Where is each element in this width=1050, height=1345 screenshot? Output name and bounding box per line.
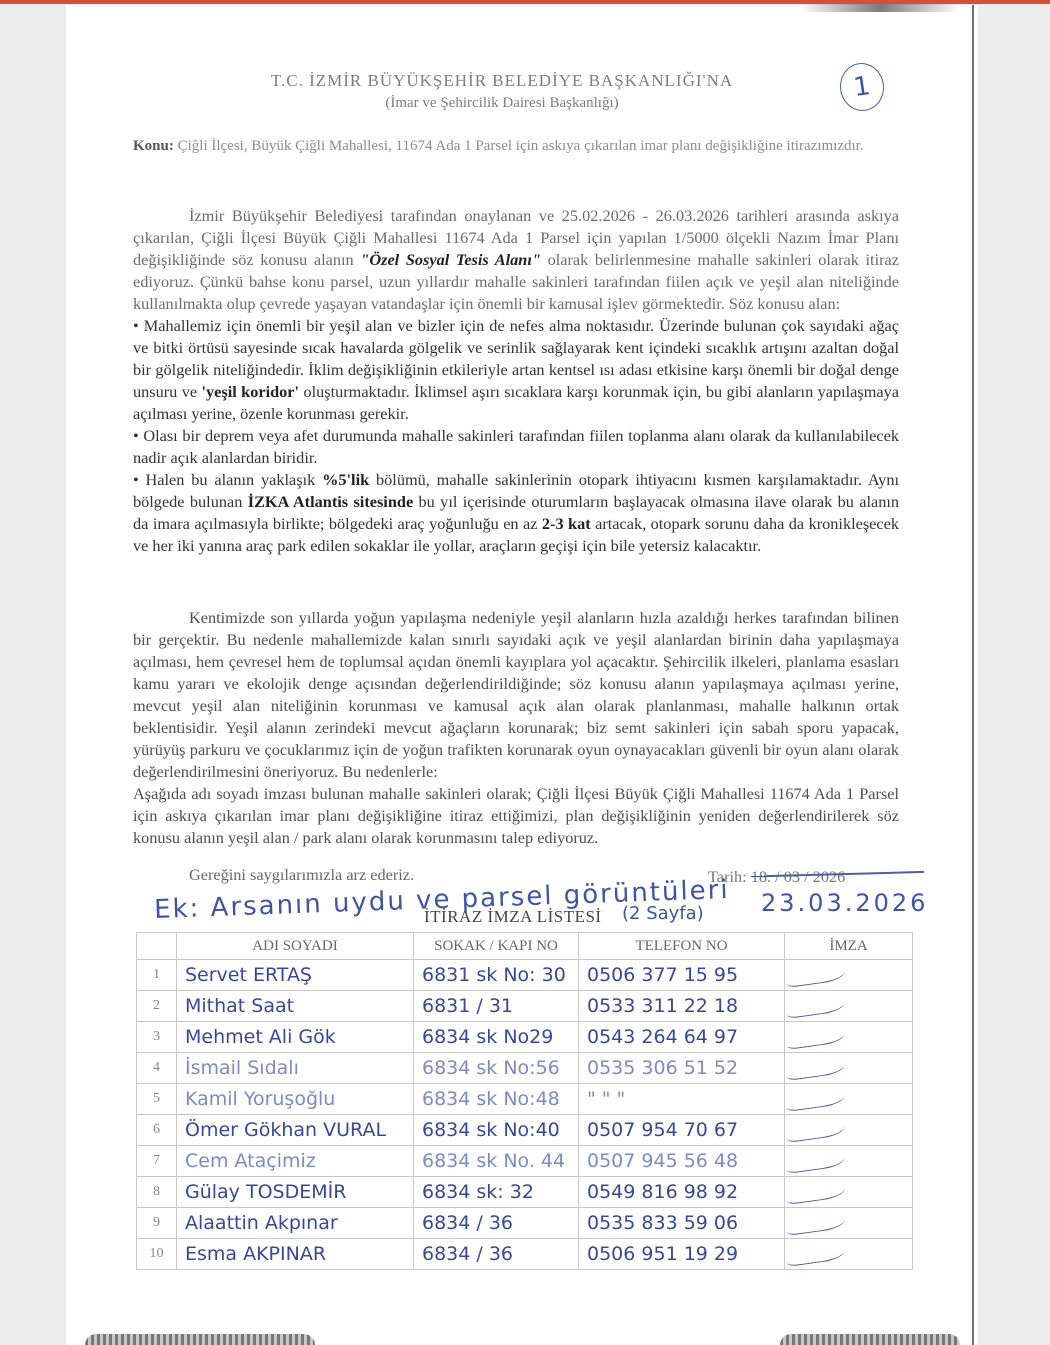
percentage-emphasis: %5'lik bbox=[322, 470, 369, 489]
resident-signature bbox=[785, 1053, 913, 1084]
table-row: 3Mehmet Ali Gök6834 sk No290543 264 64 9… bbox=[137, 1022, 913, 1053]
department-subheader: (İmar ve Şehircilik Dairesi Başkanlığı) bbox=[46, 95, 958, 112]
resident-name: Servet ERTAŞ bbox=[177, 960, 414, 991]
density-emphasis: 2-3 kat bbox=[542, 514, 591, 533]
table-row: 7Cem Ataçimiz6834 sk No. 440507 945 56 4… bbox=[137, 1146, 913, 1177]
col-header-address: SOKAK / KAPI NO bbox=[414, 933, 579, 960]
scanned-page: T.C. İZMİR BÜYÜKŞEHİR BELEDİYE BAŞKANLIĞ… bbox=[66, 5, 978, 1345]
table-row: 4İsmail Sıdalı6834 sk No:560535 306 51 5… bbox=[137, 1053, 913, 1084]
resident-signature bbox=[785, 1146, 913, 1177]
resident-address: 6834 sk No. 44 bbox=[414, 1146, 579, 1177]
row-number: 10 bbox=[137, 1239, 177, 1270]
table-row: 1Servet ERTAŞ6831 sk No: 300506 377 15 9… bbox=[137, 960, 913, 991]
bullet-2: • Olası bir deprem veya afet durumunda m… bbox=[133, 425, 899, 469]
closing-line: Gereğini saygılarımızla arz ederiz. bbox=[189, 865, 414, 885]
table-header-row: ADI SOYADI SOKAK / KAPI NO TELEFON NO İM… bbox=[137, 933, 913, 960]
site-name-emphasis: İZKA Atlantis sitesinde bbox=[248, 492, 413, 511]
table-row: 5Kamil Yoruşoğlu6834 sk No:48" " " bbox=[137, 1084, 913, 1115]
row-number: 5 bbox=[137, 1084, 177, 1115]
resident-signature bbox=[785, 960, 913, 991]
resident-phone: 0543 264 64 97 bbox=[579, 1022, 785, 1053]
row-number: 6 bbox=[137, 1115, 177, 1146]
col-header-no bbox=[137, 933, 177, 960]
table-row: 10Esma AKPINAR6834 / 360506 951 19 29 bbox=[137, 1239, 913, 1270]
resident-address: 6834 sk No29 bbox=[414, 1022, 579, 1053]
resident-phone: 0507 945 56 48 bbox=[579, 1146, 785, 1177]
paragraph-2: Kentimizde son yıllarda yoğun yapılaşma … bbox=[133, 607, 899, 783]
resident-phone: 0535 306 51 52 bbox=[579, 1053, 785, 1084]
table-row: 2Mithat Saat6831 / 310533 311 22 18 bbox=[137, 991, 913, 1022]
signature-scribble-icon bbox=[785, 1053, 847, 1082]
scan-artifact-bottom-right bbox=[780, 1334, 960, 1345]
table-row: 8Gülay TOSDEMİR6834 sk: 320549 816 98 92 bbox=[137, 1177, 913, 1208]
resident-address: 6831 sk No: 30 bbox=[414, 960, 579, 991]
resident-address: 6834 sk No:40 bbox=[414, 1115, 579, 1146]
signature-scribble-icon bbox=[785, 960, 847, 989]
scan-artifact-top bbox=[800, 4, 960, 12]
resident-signature bbox=[785, 1177, 913, 1208]
date-printed-rest: . / 03 / 2026 bbox=[767, 867, 845, 886]
bullet-1: • Mahallemiz için önemli bir yeşil alan … bbox=[133, 315, 899, 425]
col-header-phone: TELEFON NO bbox=[579, 933, 785, 960]
signature-scribble-icon bbox=[785, 1115, 847, 1144]
col-header-signature: İMZA bbox=[785, 933, 913, 960]
signature-scribble-icon bbox=[785, 1084, 847, 1113]
resident-address: 6831 / 31 bbox=[414, 991, 579, 1022]
page-count-note: (2 Sayfa) bbox=[622, 903, 704, 924]
bullet-3: • Halen bu alanın yaklaşık %5'lik bölümü… bbox=[133, 469, 899, 557]
signature-scribble-icon bbox=[785, 991, 847, 1020]
resident-phone: 0535 833 59 06 bbox=[579, 1208, 785, 1239]
signature-scribble-icon bbox=[785, 1022, 847, 1051]
resident-address: 6834 sk No:48 bbox=[414, 1084, 579, 1115]
signature-table-body: 1Servet ERTAŞ6831 sk No: 300506 377 15 9… bbox=[137, 960, 913, 1270]
signature-scribble-icon bbox=[785, 1239, 847, 1268]
resident-name: Gülay TOSDEMİR bbox=[177, 1177, 414, 1208]
resident-name: İsmail Sıdalı bbox=[177, 1053, 414, 1084]
date-handwritten: 23.03.2026 bbox=[761, 889, 928, 917]
addressee-header: T.C. İZMİR BÜYÜKŞEHİR BELEDİYE BAŞKANLIĞ… bbox=[46, 71, 958, 91]
body-section-2: Kentimizde son yıllarda yoğun yapılaşma … bbox=[133, 607, 899, 849]
resident-phone: " " " bbox=[579, 1084, 785, 1115]
subject-label: Konu: bbox=[133, 138, 174, 154]
row-number: 4 bbox=[137, 1053, 177, 1084]
resident-name: Alaattin Akpınar bbox=[177, 1208, 414, 1239]
resident-phone: 0506 951 19 29 bbox=[579, 1239, 785, 1270]
row-number: 2 bbox=[137, 991, 177, 1022]
row-number: 7 bbox=[137, 1146, 177, 1177]
page-edge bbox=[972, 5, 974, 1345]
resident-signature bbox=[785, 1239, 913, 1270]
resident-address: 6834 / 36 bbox=[414, 1208, 579, 1239]
resident-name: Kamil Yoruşoğlu bbox=[177, 1084, 414, 1115]
resident-phone: 0506 377 15 95 bbox=[579, 960, 785, 991]
subject-text: Çiğli İlçesi, Büyük Çiğli Mahallesi, 116… bbox=[178, 138, 864, 154]
row-number: 9 bbox=[137, 1208, 177, 1239]
resident-phone: 0507 954 70 67 bbox=[579, 1115, 785, 1146]
row-number: 8 bbox=[137, 1177, 177, 1208]
signature-table: ADI SOYADI SOKAK / KAPI NO TELEFON NO İM… bbox=[136, 932, 913, 1270]
resident-signature bbox=[785, 991, 913, 1022]
resident-signature bbox=[785, 1022, 913, 1053]
signature-list-title: İTİRAZ İMZA LİSTESİ bbox=[424, 907, 602, 927]
resident-name: Cem Ataçimiz bbox=[177, 1146, 414, 1177]
resident-name: Mehmet Ali Gök bbox=[177, 1022, 414, 1053]
resident-signature bbox=[785, 1208, 913, 1239]
resident-address: 6834 sk: 32 bbox=[414, 1177, 579, 1208]
resident-address: 6834 sk No:56 bbox=[414, 1053, 579, 1084]
paragraph-3: Aşağıda adı soyadı imzası bulunan mahall… bbox=[133, 783, 899, 849]
date-struck-day: 18 bbox=[751, 867, 767, 886]
resident-signature bbox=[785, 1084, 913, 1115]
row-number: 1 bbox=[137, 960, 177, 991]
scan-artifact-bottom-left bbox=[85, 1334, 315, 1345]
zone-name-emphasis: "Özel Sosyal Tesis Alanı" bbox=[360, 250, 541, 269]
resident-signature bbox=[785, 1115, 913, 1146]
green-corridor-emphasis: 'yeşil koridor' bbox=[201, 382, 299, 401]
resident-name: Esma AKPINAR bbox=[177, 1239, 414, 1270]
resident-name: Mithat Saat bbox=[177, 991, 414, 1022]
resident-address: 6834 / 36 bbox=[414, 1239, 579, 1270]
subject-line: Konu: Çiğli İlçesi, Büyük Çiğli Mahalles… bbox=[133, 137, 899, 155]
signature-scribble-icon bbox=[785, 1177, 847, 1206]
body-section-1: İzmir Büyükşehir Belediyesi tarafından o… bbox=[133, 205, 899, 557]
resident-name: Ömer Gökhan VURAL bbox=[177, 1115, 414, 1146]
signature-scribble-icon bbox=[785, 1146, 847, 1175]
signature-scribble-icon bbox=[785, 1208, 847, 1237]
col-header-name: ADI SOYADI bbox=[177, 933, 414, 960]
resident-phone: 0533 311 22 18 bbox=[579, 991, 785, 1022]
resident-phone: 0549 816 98 92 bbox=[579, 1177, 785, 1208]
bullet-3-text-a: • Halen bu alanın yaklaşık bbox=[133, 470, 322, 489]
row-number: 3 bbox=[137, 1022, 177, 1053]
table-row: 6Ömer Gökhan VURAL6834 sk No:400507 954 … bbox=[137, 1115, 913, 1146]
table-row: 9Alaattin Akpınar6834 / 360535 833 59 06 bbox=[137, 1208, 913, 1239]
paragraph-1: İzmir Büyükşehir Belediyesi tarafından o… bbox=[133, 205, 899, 315]
